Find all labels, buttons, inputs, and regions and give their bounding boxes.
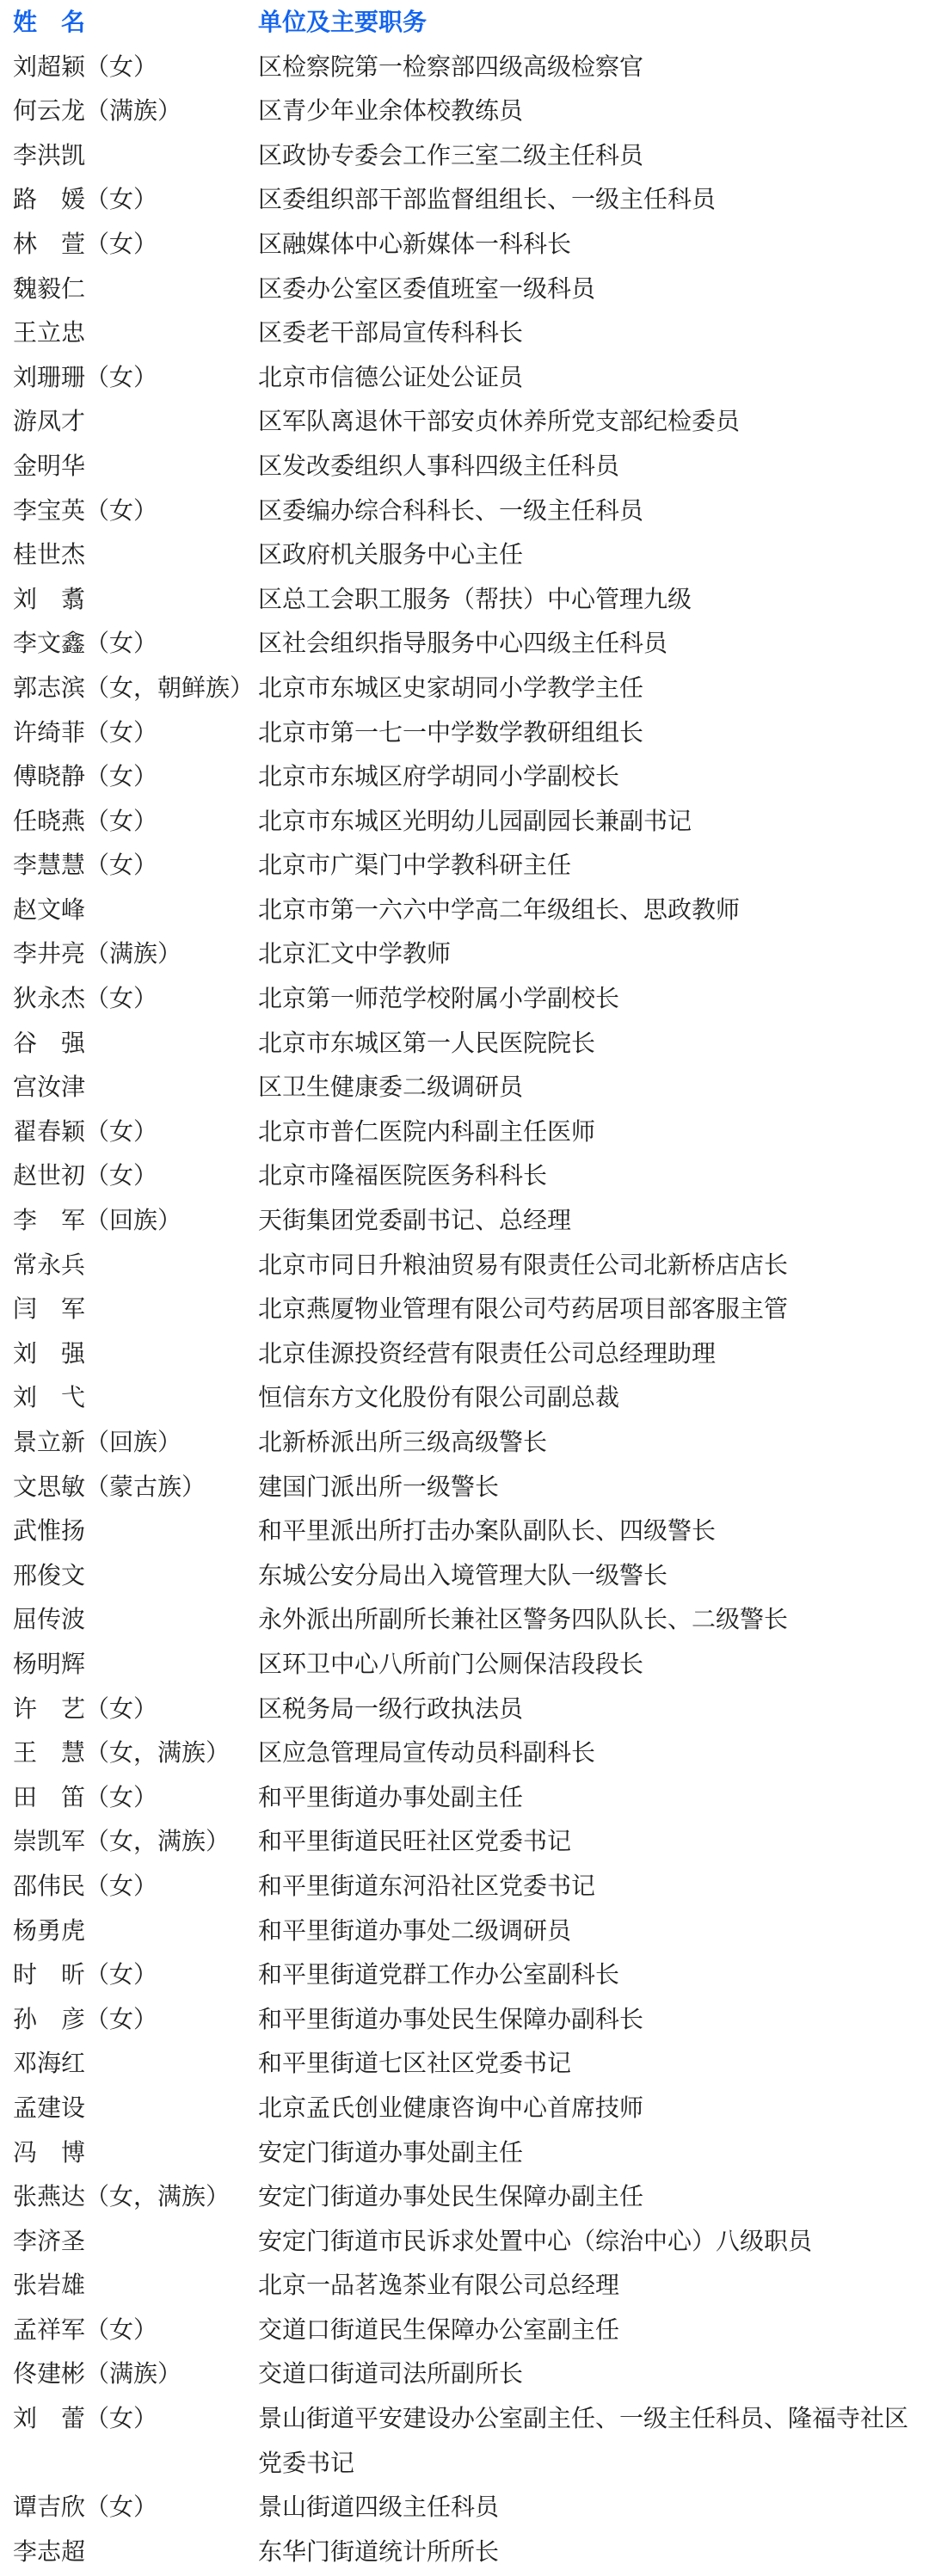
table-row: 李慧慧（女） 北京市广渠门中学教科研主任 xyxy=(13,843,929,888)
position-cell: 景山街道平安建设办公室副主任、一级主任科员、隆福寺社区党委书记 xyxy=(258,2396,920,2485)
table-row: 刘超颖（女） 区检察院第一检察部四级高级检察官 xyxy=(13,45,929,89)
position-cell: 交道口街道司法所副所长 xyxy=(258,2352,920,2396)
position-cell: 和平里街道办事处二级调研员 xyxy=(258,1909,920,1953)
table-row: 李洪凯 区政协专委会工作三室二级主任科员 xyxy=(13,133,929,178)
name-cell: 冯 博 xyxy=(13,2130,258,2175)
table-row: 李文鑫（女） 区社会组织指导服务中心四级主任科员 xyxy=(13,621,929,666)
name-cell: 杨明辉 xyxy=(13,1642,258,1687)
table-row: 许绮菲（女） 北京市第一七一中学数学教研组组长 xyxy=(13,710,929,755)
position-cell: 建国门派出所一级警长 xyxy=(258,1465,920,1509)
table-row: 谭吉欣（女） 景山街道四级主任科员 xyxy=(13,2485,929,2530)
name-cell: 李 军（回族） xyxy=(13,1198,258,1243)
table-row: 刘珊珊（女） 北京市信德公证处公证员 xyxy=(13,355,929,400)
position-cell: 北京市东城区府学胡同小学副校长 xyxy=(258,754,920,799)
name-cell: 刘 弋 xyxy=(13,1375,258,1420)
position-cell: 和平里街道办事处副主任 xyxy=(258,1775,920,1820)
name-cell: 狄永杰（女） xyxy=(13,976,258,1021)
table-row: 时 昕（女） 和平里街道党群工作办公室副科长 xyxy=(13,1952,929,1997)
table-row: 李志超 东华门街道统计所所长 xyxy=(13,2530,929,2574)
table-row: 翟春颖（女） 北京市普仁医院内科副主任医师 xyxy=(13,1110,929,1154)
table-row: 赵文峰 北京市第一六六中学高二年级组长、思政教师 xyxy=(13,888,929,932)
name-cell: 邓海红 xyxy=(13,2041,258,2086)
position-cell: 区税务局一级行政执法员 xyxy=(258,1687,920,1731)
table-row: 崇凯军（女，满族） 和平里街道民旺社区党委书记 xyxy=(13,1819,929,1864)
position-cell: 天街集团党委副书记、总经理 xyxy=(258,1198,920,1243)
table-row: 狄永杰（女） 北京第一师范学校附属小学副校长 xyxy=(13,976,929,1021)
name-cell: 崇凯军（女，满族） xyxy=(13,1819,258,1864)
position-cell: 东华门街道统计所所长 xyxy=(258,2530,920,2574)
position-cell: 区总工会职工服务（帮扶）中心管理九级 xyxy=(258,577,920,622)
position-cell: 区军队离退休干部安贞休养所党支部纪检委员 xyxy=(258,399,920,444)
table-row: 刘 强 北京佳源投资经营有限责任公司总经理助理 xyxy=(13,1331,929,1376)
header-row: 姓 名 单位及主要职务 xyxy=(13,0,929,45)
position-cell: 区环卫中心八所前门公厕保洁段段长 xyxy=(258,1642,920,1687)
position-cell: 区发改委组织人事科四级主任科员 xyxy=(258,444,920,489)
name-cell: 刘超颖（女） xyxy=(13,45,258,89)
name-cell: 王 慧（女，满族） xyxy=(13,1731,258,1775)
table-row: 许 艺（女） 区税务局一级行政执法员 xyxy=(13,1687,929,1731)
position-cell: 北京市第一六六中学高二年级组长、思政教师 xyxy=(258,888,920,932)
position-cell: 区应急管理局宣传动员科副科长 xyxy=(258,1731,920,1775)
name-cell: 许 艺（女） xyxy=(13,1687,258,1731)
name-cell: 张燕达（女，满族） xyxy=(13,2174,258,2219)
position-cell: 和平里街道东河沿社区党委书记 xyxy=(258,1864,920,1909)
table-row: 路 媛（女） 区委组织部干部监督组组长、一级主任科员 xyxy=(13,177,929,222)
position-cell: 北京孟氏创业健康咨询中心首席技师 xyxy=(258,2086,920,2130)
position-cell: 和平里街道民旺社区党委书记 xyxy=(258,1819,920,1864)
position-cell: 区委组织部干部监督组组长、一级主任科员 xyxy=(258,177,920,222)
position-cell: 北京市普仁医院内科副主任医师 xyxy=(258,1110,920,1154)
table-row: 刘 蕾（女） 景山街道平安建设办公室副主任、一级主任科员、隆福寺社区党委书记 xyxy=(13,2396,929,2485)
name-cell: 闫 军 xyxy=(13,1287,258,1331)
position-cell: 恒信东方文化股份有限公司副总裁 xyxy=(258,1375,920,1420)
position-cell: 永外派出所副所长兼社区警务四队队长、二级警长 xyxy=(258,1597,920,1642)
position-cell: 北京一品茗逸茶业有限公司总经理 xyxy=(258,2263,920,2308)
position-cell: 北京市第一七一中学数学教研组组长 xyxy=(258,710,920,755)
table-row: 谷 强 北京市东城区第一人民医院院长 xyxy=(13,1021,929,1066)
name-cell: 文思敏（蒙古族） xyxy=(13,1465,258,1509)
table-row: 林 萱（女） 区融媒体中心新媒体一科科长 xyxy=(13,222,929,267)
position-cell: 北京市同日升粮油贸易有限责任公司北新桥店店长 xyxy=(258,1243,920,1288)
position-cell: 区社会组织指导服务中心四级主任科员 xyxy=(258,621,920,666)
table-row: 王 慧（女，满族） 区应急管理局宣传动员科副科长 xyxy=(13,1731,929,1775)
name-cell: 王立忠 xyxy=(13,310,258,355)
position-cell: 北京市隆福医院医务科科长 xyxy=(258,1153,920,1198)
name-cell: 孟祥军（女） xyxy=(13,2308,258,2352)
name-cell: 赵文峰 xyxy=(13,888,258,932)
position-cell: 北京市东城区第一人民医院院长 xyxy=(258,1021,920,1066)
name-cell: 李宝英（女） xyxy=(13,489,258,533)
position-cell: 交道口街道民生保障办公室副主任 xyxy=(258,2308,920,2352)
name-cell: 田 笛（女） xyxy=(13,1775,258,1820)
name-cell: 屈传波 xyxy=(13,1597,258,1642)
table-row: 傅晓静（女） 北京市东城区府学胡同小学副校长 xyxy=(13,754,929,799)
table-row: 屈传波 永外派出所副所长兼社区警务四队队长、二级警长 xyxy=(13,1597,929,1642)
name-cell: 李井亮（满族） xyxy=(13,931,258,976)
table-row: 佟建彬（满族） 交道口街道司法所副所长 xyxy=(13,2352,929,2396)
table-row: 邵伟民（女） 和平里街道东河沿社区党委书记 xyxy=(13,1864,929,1909)
name-cell: 李文鑫（女） xyxy=(13,621,258,666)
table-row: 孙 彦（女） 和平里街道办事处民生保障办副科长 xyxy=(13,1997,929,2042)
position-cell: 景山街道四级主任科员 xyxy=(258,2485,920,2530)
roster-table: 姓 名 单位及主要职务 刘超颖（女） 区检察院第一检察部四级高级检察官 何云龙（… xyxy=(0,0,929,2573)
table-row: 桂世杰 区政府机关服务中心主任 xyxy=(13,532,929,577)
name-cell: 许绮菲（女） xyxy=(13,710,258,755)
name-cell: 翟春颖（女） xyxy=(13,1110,258,1154)
table-row: 郭志滨（女，朝鲜族） 北京市东城区史家胡同小学教学主任 xyxy=(13,666,929,710)
table-row: 赵世初（女） 北京市隆福医院医务科科长 xyxy=(13,1153,929,1198)
table-row: 游凤才 区军队离退休干部安贞休养所党支部纪检委员 xyxy=(13,399,929,444)
name-cell: 时 昕（女） xyxy=(13,1952,258,1997)
table-row: 宫汝津 区卫生健康委二级调研员 xyxy=(13,1065,929,1110)
table-row: 李济圣 安定门街道市民诉求处置中心（综治中心）八级职员 xyxy=(13,2219,929,2264)
position-cell: 北京佳源投资经营有限责任公司总经理助理 xyxy=(258,1331,920,1376)
name-cell: 游凤才 xyxy=(13,399,258,444)
name-cell: 刘 强 xyxy=(13,1331,258,1376)
position-cell: 北京燕厦物业管理有限公司芍药居项目部客服主管 xyxy=(258,1287,920,1331)
name-cell: 常永兵 xyxy=(13,1243,258,1288)
position-cell: 和平里街道办事处民生保障办副科长 xyxy=(258,1997,920,2042)
table-row: 李 军（回族） 天街集团党委副书记、总经理 xyxy=(13,1198,929,1243)
table-row: 景立新（回族） 北新桥派出所三级高级警长 xyxy=(13,1420,929,1465)
table-row: 金明华 区发改委组织人事科四级主任科员 xyxy=(13,444,929,489)
position-cell: 东城公安分局出入境管理大队一级警长 xyxy=(258,1553,920,1598)
name-cell: 孟建设 xyxy=(13,2086,258,2130)
position-cell: 区委老干部局宣传科科长 xyxy=(258,310,920,355)
name-cell: 何云龙（满族） xyxy=(13,89,258,133)
table-row: 闫 军 北京燕厦物业管理有限公司芍药居项目部客服主管 xyxy=(13,1287,929,1331)
table-row: 李井亮（满族） 北京汇文中学教师 xyxy=(13,931,929,976)
name-cell: 赵世初（女） xyxy=(13,1153,258,1198)
header-name: 姓 名 xyxy=(13,0,258,45)
name-cell: 路 媛（女） xyxy=(13,177,258,222)
table-row: 武惟扬 和平里派出所打击办案队副队长、四级警长 xyxy=(13,1509,929,1553)
name-cell: 刘 翥 xyxy=(13,577,258,622)
name-cell: 谭吉欣（女） xyxy=(13,2485,258,2530)
position-cell: 区委编办综合科科长、一级主任科员 xyxy=(258,489,920,533)
table-row: 杨勇虎 和平里街道办事处二级调研员 xyxy=(13,1909,929,1953)
name-cell: 武惟扬 xyxy=(13,1509,258,1553)
name-cell: 李志超 xyxy=(13,2530,258,2574)
position-cell: 区政协专委会工作三室二级主任科员 xyxy=(258,133,920,178)
name-cell: 刘珊珊（女） xyxy=(13,355,258,400)
table-row: 田 笛（女） 和平里街道办事处副主任 xyxy=(13,1775,929,1820)
table-row: 冯 博 安定门街道办事处副主任 xyxy=(13,2130,929,2175)
position-cell: 区政府机关服务中心主任 xyxy=(258,532,920,577)
table-row: 常永兵 北京市同日升粮油贸易有限责任公司北新桥店店长 xyxy=(13,1243,929,1288)
position-cell: 区检察院第一检察部四级高级检察官 xyxy=(258,45,920,89)
name-cell: 魏毅仁 xyxy=(13,267,258,311)
name-cell: 景立新（回族） xyxy=(13,1420,258,1465)
table-row: 张燕达（女，满族） 安定门街道办事处民生保障办副主任 xyxy=(13,2174,929,2219)
position-cell: 安定门街道办事处副主任 xyxy=(258,2130,920,2175)
position-cell: 安定门街道市民诉求处置中心（综治中心）八级职员 xyxy=(258,2219,920,2264)
name-cell: 刘 蕾（女） xyxy=(13,2396,258,2441)
name-cell: 杨勇虎 xyxy=(13,1909,258,1953)
header-position: 单位及主要职务 xyxy=(258,0,920,45)
name-cell: 邢俊文 xyxy=(13,1553,258,1598)
table-row: 邢俊文 东城公安分局出入境管理大队一级警长 xyxy=(13,1553,929,1598)
roster-rows: 刘超颖（女） 区检察院第一检察部四级高级检察官 何云龙（满族） 区青少年业余体校… xyxy=(13,45,929,2574)
position-cell: 北新桥派出所三级高级警长 xyxy=(258,1420,920,1465)
position-cell: 和平里街道七区社区党委书记 xyxy=(258,2041,920,2086)
name-cell: 傅晓静（女） xyxy=(13,754,258,799)
position-cell: 安定门街道办事处民生保障办副主任 xyxy=(258,2174,920,2219)
position-cell: 北京市广渠门中学教科研主任 xyxy=(258,843,920,888)
name-cell: 林 萱（女） xyxy=(13,222,258,267)
name-cell: 桂世杰 xyxy=(13,532,258,577)
table-row: 刘 弋 恒信东方文化股份有限公司副总裁 xyxy=(13,1375,929,1420)
table-row: 孟建设 北京孟氏创业健康咨询中心首席技师 xyxy=(13,2086,929,2130)
table-row: 刘 翥 区总工会职工服务（帮扶）中心管理九级 xyxy=(13,577,929,622)
table-row: 何云龙（满族） 区青少年业余体校教练员 xyxy=(13,89,929,133)
table-row: 王立忠 区委老干部局宣传科科长 xyxy=(13,310,929,355)
name-cell: 李洪凯 xyxy=(13,133,258,178)
name-cell: 金明华 xyxy=(13,444,258,489)
position-cell: 北京第一师范学校附属小学副校长 xyxy=(258,976,920,1021)
table-row: 张岩雄 北京一品茗逸茶业有限公司总经理 xyxy=(13,2263,929,2308)
name-cell: 宫汝津 xyxy=(13,1065,258,1110)
position-cell: 区融媒体中心新媒体一科科长 xyxy=(258,222,920,267)
name-cell: 任晓燕（女） xyxy=(13,799,258,844)
table-row: 李宝英（女） 区委编办综合科科长、一级主任科员 xyxy=(13,489,929,533)
name-cell: 李济圣 xyxy=(13,2219,258,2264)
position-cell: 和平里派出所打击办案队副队长、四级警长 xyxy=(258,1509,920,1553)
name-cell: 郭志滨（女，朝鲜族） xyxy=(13,666,258,710)
position-cell: 北京市信德公证处公证员 xyxy=(258,355,920,400)
position-cell: 区卫生健康委二级调研员 xyxy=(258,1065,920,1110)
table-row: 任晓燕（女） 北京市东城区光明幼儿园副园长兼副书记 xyxy=(13,799,929,844)
position-cell: 和平里街道党群工作办公室副科长 xyxy=(258,1952,920,1997)
position-cell: 区青少年业余体校教练员 xyxy=(258,89,920,133)
table-row: 文思敏（蒙古族） 建国门派出所一级警长 xyxy=(13,1465,929,1509)
table-row: 孟祥军（女） 交道口街道民生保障办公室副主任 xyxy=(13,2308,929,2352)
table-row: 杨明辉 区环卫中心八所前门公厕保洁段段长 xyxy=(13,1642,929,1687)
name-cell: 张岩雄 xyxy=(13,2263,258,2308)
table-row: 邓海红 和平里街道七区社区党委书记 xyxy=(13,2041,929,2086)
name-cell: 谷 强 xyxy=(13,1021,258,1066)
position-cell: 北京汇文中学教师 xyxy=(258,931,920,976)
position-cell: 北京市东城区史家胡同小学教学主任 xyxy=(258,666,920,710)
position-cell: 区委办公室区委值班室一级科员 xyxy=(258,267,920,311)
name-cell: 邵伟民（女） xyxy=(13,1864,258,1909)
table-row: 魏毅仁 区委办公室区委值班室一级科员 xyxy=(13,267,929,311)
name-cell: 李慧慧（女） xyxy=(13,843,258,888)
name-cell: 佟建彬（满族） xyxy=(13,2352,258,2396)
position-cell: 北京市东城区光明幼儿园副园长兼副书记 xyxy=(258,799,920,844)
name-cell: 孙 彦（女） xyxy=(13,1997,258,2042)
